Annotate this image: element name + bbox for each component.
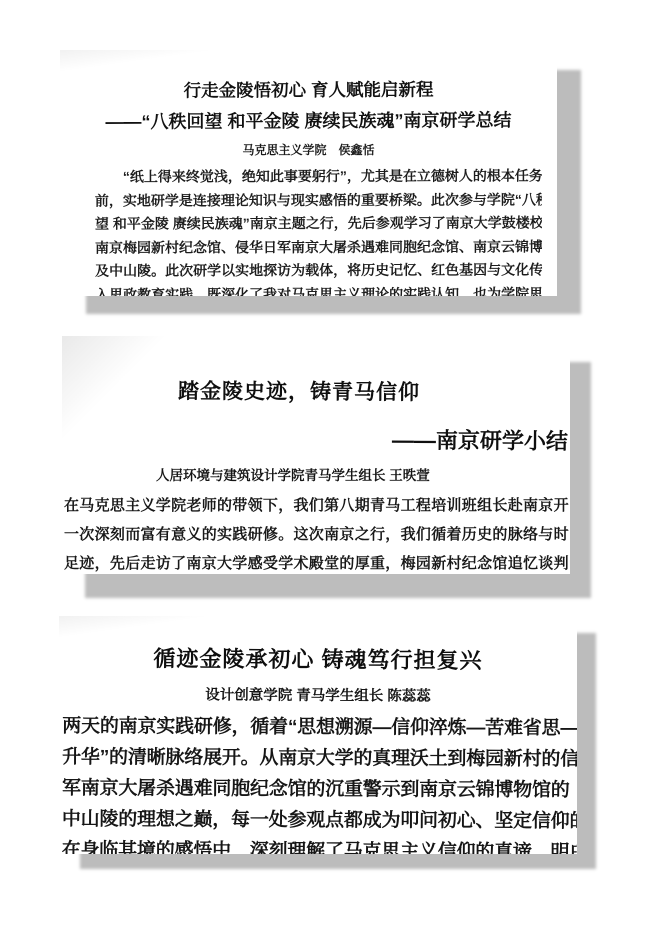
article2-body: 在马克思主义学院老师的带领下，我们第八期青马工程培训班组长赴南京开 一次深刻而富… bbox=[64, 491, 570, 574]
article2-byline: 人居环境与建筑设计学院青马学生组长 王昳萱 bbox=[156, 464, 570, 484]
article1-byline: 马克思主义学院 侯鑫恬 bbox=[60, 141, 557, 158]
article3-body-line: 中山陵的理想之巅，每一处参观点都成为叩问初心、坚定信仰的 bbox=[62, 804, 577, 837]
scan-article-1: 行走金陵悟初心 育人赋能启新程 ——“八秩回望 和平金陵 赓续民族魂”南京研学总… bbox=[60, 50, 557, 296]
article1-title-line1: 行走金陵悟初心 育人赋能启新程 bbox=[66, 76, 551, 103]
article1-body: “纸上得来终觉浅，绝知此事要躬行”，尤其是在立德树人的根本任务面 前，实地研学是… bbox=[95, 164, 542, 296]
article3-body-line: 军南京大屠杀遇难同胞纪念馆的沉重警示到南京云锦博物馆的 bbox=[62, 773, 577, 806]
article1-body-line: “纸上得来终觉浅，绝知此事要躬行”，尤其是在立德树人的根本任务面 bbox=[95, 164, 542, 189]
article3-body: 两天的南京实践研修，循着“思想溯源—信仰淬炼—苦难省思—信 升华”的清晰脉络展开… bbox=[62, 711, 577, 854]
article3-title: 循迹金陵承初心 铸魂笃行担复兴 bbox=[59, 641, 577, 675]
article1-body-line: 及中山陵。此次研学以实地探访为载体，将历史记忆、红色基因与文化传承融 bbox=[95, 258, 542, 283]
article1-body-line: 入思政教育实践，既深化了我对马克思主义理论的实践认知，也为学院思政教 bbox=[95, 282, 542, 296]
article1-body-line: 南京梅园新村纪念馆、侵华日军南京大屠杀遇难同胞纪念馆、南京云锦博物馆 bbox=[95, 235, 542, 260]
scan-article-3: 循迹金陵承初心 铸魂笃行担复兴 设计创意学院 青马学生组长 陈蕊蕊 两天的南京实… bbox=[59, 616, 577, 854]
article1-title-line2: ——“八秩回望 和平金陵 赓续民族魂”南京研学总结 bbox=[62, 106, 555, 134]
scan-article-2: 踏金陵史迹，铸青马信仰 ——南京研学小结 人居环境与建筑设计学院青马学生组长 王… bbox=[62, 336, 570, 574]
article2-body-line: 足迹，先后走访了南京大学感受学术殿堂的厚重，梅园新村纪念馆追忆谈判 bbox=[64, 549, 570, 574]
article3-body-line: 两天的南京实践研修，循着“思想溯源—信仰淬炼—苦难省思—信 bbox=[62, 711, 577, 744]
article3-body-line: 在身临其境的感悟中，深刻理解了马克思主义信仰的真谛，明白 bbox=[62, 835, 577, 854]
article3-body-line: 升华”的清晰脉络展开。从南京大学的真理沃土到梅园新村的信仰 bbox=[62, 742, 577, 775]
article1-body-line: 望 和平金陵 赓续民族魂”南京主题之行，先后参观学习了南京大学鼓楼校区、 bbox=[95, 211, 542, 236]
scanned-research-summaries-page: { "page": { "background": "#ffffff", "pa… bbox=[0, 0, 649, 932]
article3-byline: 设计创意学院 青马学生组长 陈蕊蕊 bbox=[59, 683, 577, 707]
article2-title: 踏金陵史迹，铸青马信仰 bbox=[178, 375, 570, 407]
article2-body-line: 一次深刻而富有意义的实践研修。这次南京之行，我们循着历史的脉络与时 bbox=[64, 520, 570, 549]
article1-body-line: 前，实地研学是连接理论知识与现实感悟的重要桥梁。此次参与学院“八秩回 bbox=[95, 188, 542, 213]
article2-body-line: 在马克思主义学院老师的带领下，我们第八期青马工程培训班组长赴南京开 bbox=[64, 491, 570, 520]
article2-subtitle: ——南京研学小结 bbox=[62, 421, 568, 456]
